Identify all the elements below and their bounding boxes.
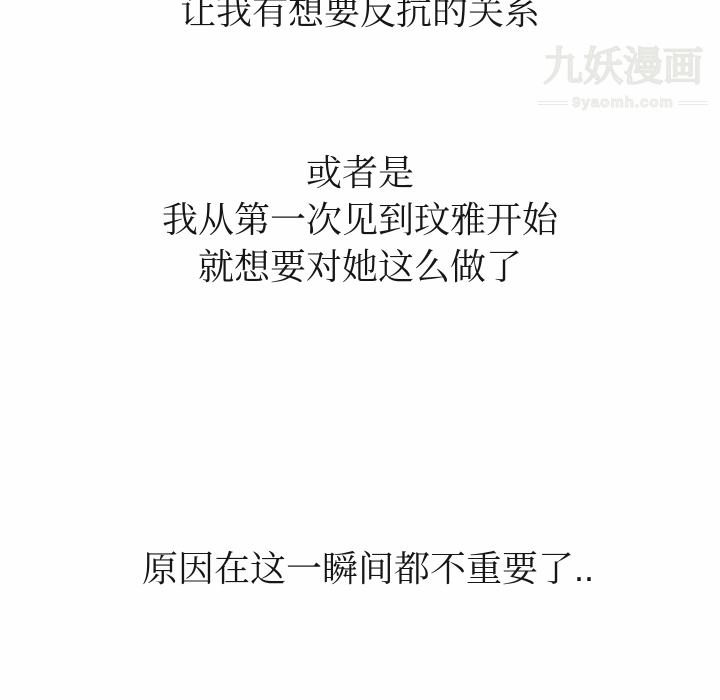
webtoon-page: 让我有想要反抗的关系 九妖漫画 9yaomh.com 或者是 我从第一次见到玟雅… [0, 0, 720, 700]
narration-block-middle: 或者是 我从第一次见到玟雅开始 就想要对她这么做了 [0, 149, 720, 290]
watermark-dash-left [538, 101, 568, 105]
narration-line-top: 让我有想要反抗的关系 [0, 0, 720, 31]
narration-line: 或者是 [0, 149, 720, 196]
site-watermark: 九妖漫画 9yaomh.com [538, 44, 708, 111]
narration-line: 就想要对她这么做了 [0, 243, 720, 290]
watermark-site-url: 9yaomh.com [572, 94, 674, 111]
watermark-site-name: 九妖漫画 [538, 44, 708, 90]
watermark-dash-right [678, 101, 708, 105]
watermark-url-row: 9yaomh.com [538, 94, 708, 111]
narration-line-bottom: 原因在这一瞬间都不重要了.. [8, 549, 720, 589]
narration-line: 我从第一次见到玟雅开始 [0, 196, 720, 243]
